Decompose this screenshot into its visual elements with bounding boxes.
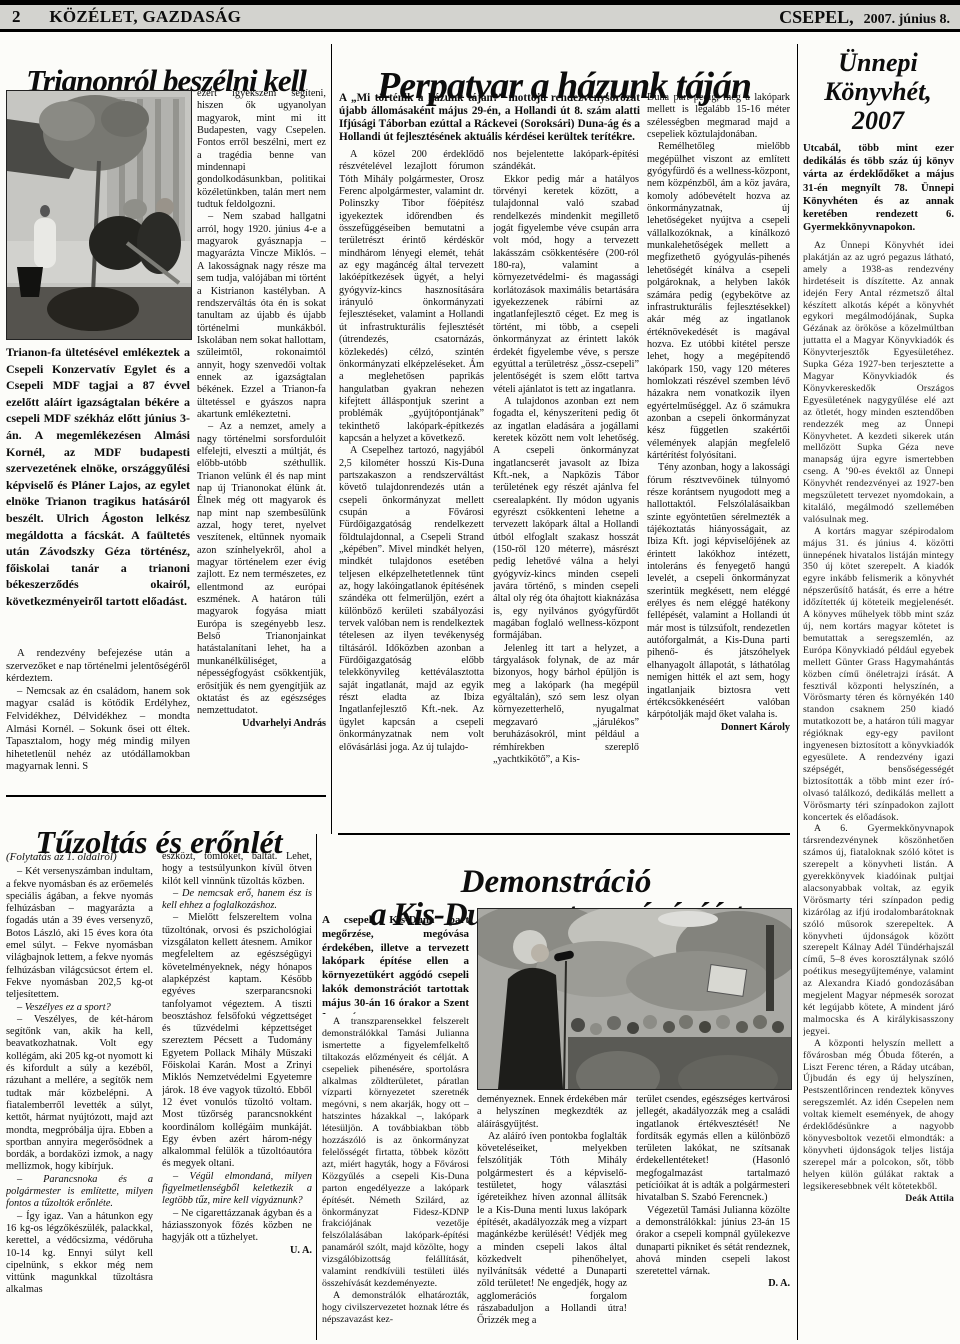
paragraph: A kortárs magyar szépirodalom május 31. … (803, 526, 954, 824)
paragraph: – Így igaz. Van a hátunkon egy 16 kg-os … (6, 1211, 153, 1297)
paragraph: Az aláíró íven pontokba foglalták követe… (477, 1131, 627, 1328)
paragraph: Jelenleg itt tart a helyzet, a tárgyalás… (493, 643, 639, 766)
author-signature: D. A. (636, 1278, 790, 1290)
masthead-left: 2 KÖZÉLET, GAZDASÁG (12, 7, 241, 27)
trianon-photo-caption: Trianon-fa ültetésével emlékeztek a Csep… (6, 344, 190, 644)
paragraph: A rendezvény befejezése után a szervezők… (6, 648, 190, 686)
continuation-note: (Folytatás az 1. oldalról) (6, 851, 153, 863)
paragraph: Remélhetőleg mielőbb megépülhet viszont … (647, 141, 790, 462)
author-signature: U. A. (162, 1245, 312, 1257)
perpatvar-column-3: Duna part pedig, még a lakópark mellett … (647, 92, 790, 830)
paragraph: Tény azonban, hogy a lakossági fórum rés… (647, 462, 790, 721)
author-signature: Donnert Károly (647, 722, 790, 734)
paragraph: – Két versenyszámban indultam, a fekve n… (6, 866, 153, 1001)
demonstracio-column-3: terület csendes, egészséges kertvárosi j… (636, 1094, 790, 1342)
article-separator-middle (338, 833, 790, 835)
konyvhet-lead: Utcabál, több mint ezer dedikálás és töb… (803, 142, 954, 237)
author-signature: Udvarhelyi András (197, 718, 326, 730)
perpatvar-column-1: A közel 200 érdeklődő részvételével leza… (339, 149, 484, 830)
paragraph: A 6. Gyermekkönyvnapok társrendezvénynek… (803, 823, 954, 1037)
paragraph: deményeznek. Ennek érdekében már a helys… (477, 1094, 627, 1131)
paragraph: A demonstrálók elhatározták, hogy civils… (322, 1290, 469, 1326)
author-signature: Deák Attila (803, 1193, 954, 1205)
trianon-photo-illustration (7, 91, 191, 339)
demonstration-crowd-photo (477, 908, 792, 1090)
article-separator-left (6, 795, 326, 797)
paragraph: nos bejelentette lakópark-építési szándé… (493, 149, 639, 174)
paragraph: – Mielőtt felszereltem volna tűzoltónak,… (162, 912, 312, 1170)
headline-demonstracio-line1: Demonstráció (322, 865, 790, 900)
paragraph: Ekkor pedig már a hatályos törvényi kere… (493, 174, 639, 396)
paragraph: – Nem szabad hallgatni arról, hogy 1920.… (197, 211, 326, 421)
issue-date: 2007. június 8. (864, 12, 950, 27)
column-divider-right (797, 44, 798, 1340)
perpatvar-column-2: nos bejelentette lakópark-építési szándé… (493, 149, 639, 830)
page-number: 2 (12, 7, 21, 26)
interview-question: – Végül elmondaná, milyen figyelmetlensé… (162, 1171, 312, 1208)
masthead: 2 KÖZÉLET, GAZDASÁG CSEPEL, 2007. június… (0, 0, 960, 32)
paragraph: – Ne cigarettázzanak ágyban és a háziass… (162, 1208, 312, 1245)
paragraph: A transzparensekkel felszerelt demonstrá… (322, 1016, 469, 1290)
demonstracio-column-2: deményeznek. Ennek érdekében már a helys… (477, 1094, 627, 1342)
paragraph: A Csepelhez tartozó, nagyjából 2,5 kilom… (339, 445, 484, 754)
demonstration-photo-illustration (478, 909, 791, 1089)
interview-question: – Veszélyes ez a sport? (6, 1002, 153, 1014)
paragraph: A tulajdonos azonban ezt nem fogadta el,… (493, 396, 639, 643)
demonstracio-lead: A csepeli Kis-Duna part megőrzése, megóv… (322, 914, 469, 1014)
column-divider-left-upper (331, 44, 332, 834)
paragraph: A közel 200 érdeklődő részvételével leza… (339, 149, 484, 445)
paragraph: – Veszélyes, de két-három segítőnk van, … (6, 1014, 153, 1174)
paragraph: A központi helyszín mellett a fővárosban… (803, 1038, 954, 1193)
trianon-column-2: ezért igyekszem segíteni, hiszen ők ugya… (197, 88, 326, 792)
paragraph: Végezetül Tamási Julianna közölte a demo… (636, 1205, 790, 1279)
tuzoltas-column-1: (Folytatás az 1. oldalról) – Két verseny… (6, 851, 153, 1342)
newspaper-page: 2 KÖZÉLET, GAZDASÁG CSEPEL, 2007. június… (0, 0, 960, 1344)
headline-konyvhet: Ünnepi Könyvhét, 2007 (799, 48, 957, 135)
trianon-column-1: A rendezvény befejezése után a szervezők… (6, 648, 190, 794)
tuzoltas-column-2: eszközt, tömlőket, baltát. Lehet, hogy a… (162, 851, 312, 1342)
section-title: KÖZÉLET, GAZDASÁG (49, 7, 241, 26)
interview-question: – De nemcsak erő, hanem ész is kell ehhe… (162, 888, 312, 913)
paragraph: – Az a nemzet, amely a nagy történelmi s… (197, 421, 326, 717)
paragraph: terület csendes, egészséges kertvárosi j… (636, 1094, 790, 1205)
konyvhet-body: Az Ünnepi Könyvhét idei plakátján az az … (803, 240, 954, 1320)
paragraph: eszközt, tömlőket, baltát. Lehet, hogy a… (162, 851, 312, 888)
demonstracio-column-1: A transzparensekkel felszerelt demonstrá… (322, 1016, 469, 1342)
paragraph: – Nemcsak az én családom, hanem sok magy… (6, 686, 190, 774)
paragraph: Az Ünnepi Könyvhét idei plakátján az az … (803, 240, 954, 526)
paragraph: ezért igyekszem segíteni, hiszen ők ugya… (197, 88, 326, 211)
masthead-right: CSEPEL, 2007. június 8. (779, 7, 950, 28)
paragraph: Duna part pedig, még a lakópark mellett … (647, 92, 790, 141)
perpatvar-lead: A „Mi történik a házunk táján?” mottójú … (339, 92, 640, 145)
trianon-tree-planting-photo (6, 90, 192, 340)
paper-name: CSEPEL, (779, 7, 854, 27)
column-divider-left-lower (316, 834, 317, 1340)
interview-question: – Parancsnoka és a polgármester is említ… (6, 1174, 153, 1211)
